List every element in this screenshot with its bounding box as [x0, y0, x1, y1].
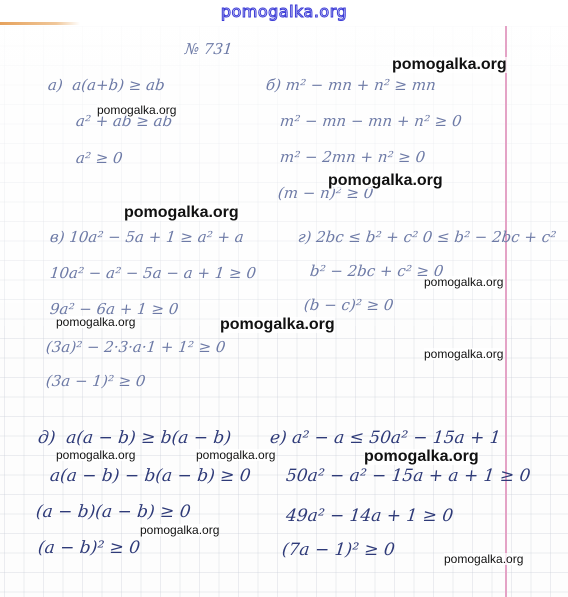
watermark: pomogalka.org — [392, 57, 507, 73]
part-label: в) 10a² − 5a + 1 ≥ a² + a — [49, 228, 245, 246]
margin-line — [505, 26, 507, 597]
part-label: е) a² − a ≤ 50a² − 15a + 1 — [269, 428, 502, 448]
equation-line: 2bc ≤ b² + c² 0 ≤ b² − 2bc + c² — [315, 228, 557, 246]
watermark: pomogalka.org — [97, 104, 176, 116]
equation-line: m² − mn + n² ≥ mn — [285, 76, 437, 94]
paper-top-edge — [0, 22, 80, 25]
equation-line: (7a − 1)² ≥ 0 — [281, 540, 396, 560]
equation-line: a(a − b) ≥ b(a − b) — [65, 428, 232, 448]
equation-line: 10a² − 5a + 1 ≥ a² + a — [68, 228, 244, 246]
equation-line: a² ≥ 0 — [75, 149, 124, 167]
equation-line: m² − mn − mn + n² ≥ 0 — [279, 112, 463, 130]
task-number: № 731 — [184, 40, 233, 58]
equation-line: a(a − b) − b(a − b) ≥ 0 — [49, 466, 252, 486]
site-logo[interactable]: pomogalka.org — [0, 2, 568, 21]
equation-line: 50a² − a² − 15a + a + 1 ≥ 0 — [285, 466, 531, 486]
watermark: pomogalka.org — [444, 553, 523, 565]
equation-line: (a − b)² ≥ 0 — [37, 538, 141, 558]
equation-line: (b − c)² ≥ 0 — [303, 296, 394, 314]
part-label: д) a(a − b) ≥ b(a − b) — [37, 428, 232, 448]
equation-line: 10a² − a² − 5a − a + 1 ≥ 0 — [49, 264, 257, 282]
watermark: pomogalka.org — [364, 449, 479, 465]
watermark: pomogalka.org — [56, 449, 135, 461]
watermark: pomogalka.org — [124, 205, 239, 221]
equation-line: (3a)² − 2·3·a·1 + 1² ≥ 0 — [45, 338, 226, 356]
part-label: а) a(a+b) ≥ ab — [47, 76, 166, 94]
equation-line: 49a² − 14a + 1 ≥ 0 — [285, 506, 454, 526]
watermark: pomogalka.org — [56, 316, 135, 328]
watermark: pomogalka.org — [196, 449, 275, 461]
watermark: pomogalka.org — [220, 317, 335, 333]
equation-line: (a − b)(a − b) ≥ 0 — [35, 502, 192, 522]
watermark: pomogalka.org — [140, 524, 219, 536]
equation-line: a(a+b) ≥ ab — [71, 76, 165, 94]
part-label: г) 2bc ≤ b² + c² 0 ≤ b² − 2bc + c² — [297, 228, 557, 246]
equation-line: (3a − 1)² ≥ 0 — [45, 372, 146, 390]
watermark: pomogalka.org — [424, 348, 503, 360]
equation-line: a² − a ≤ 50a² − 15a + 1 — [291, 428, 502, 448]
equation-line: m² − 2mn + n² ≥ 0 — [279, 148, 426, 166]
part-label: б) m² − mn + n² ≥ mn — [265, 76, 437, 94]
watermark: pomogalka.org — [328, 173, 443, 189]
watermark: pomogalka.org — [424, 276, 503, 288]
